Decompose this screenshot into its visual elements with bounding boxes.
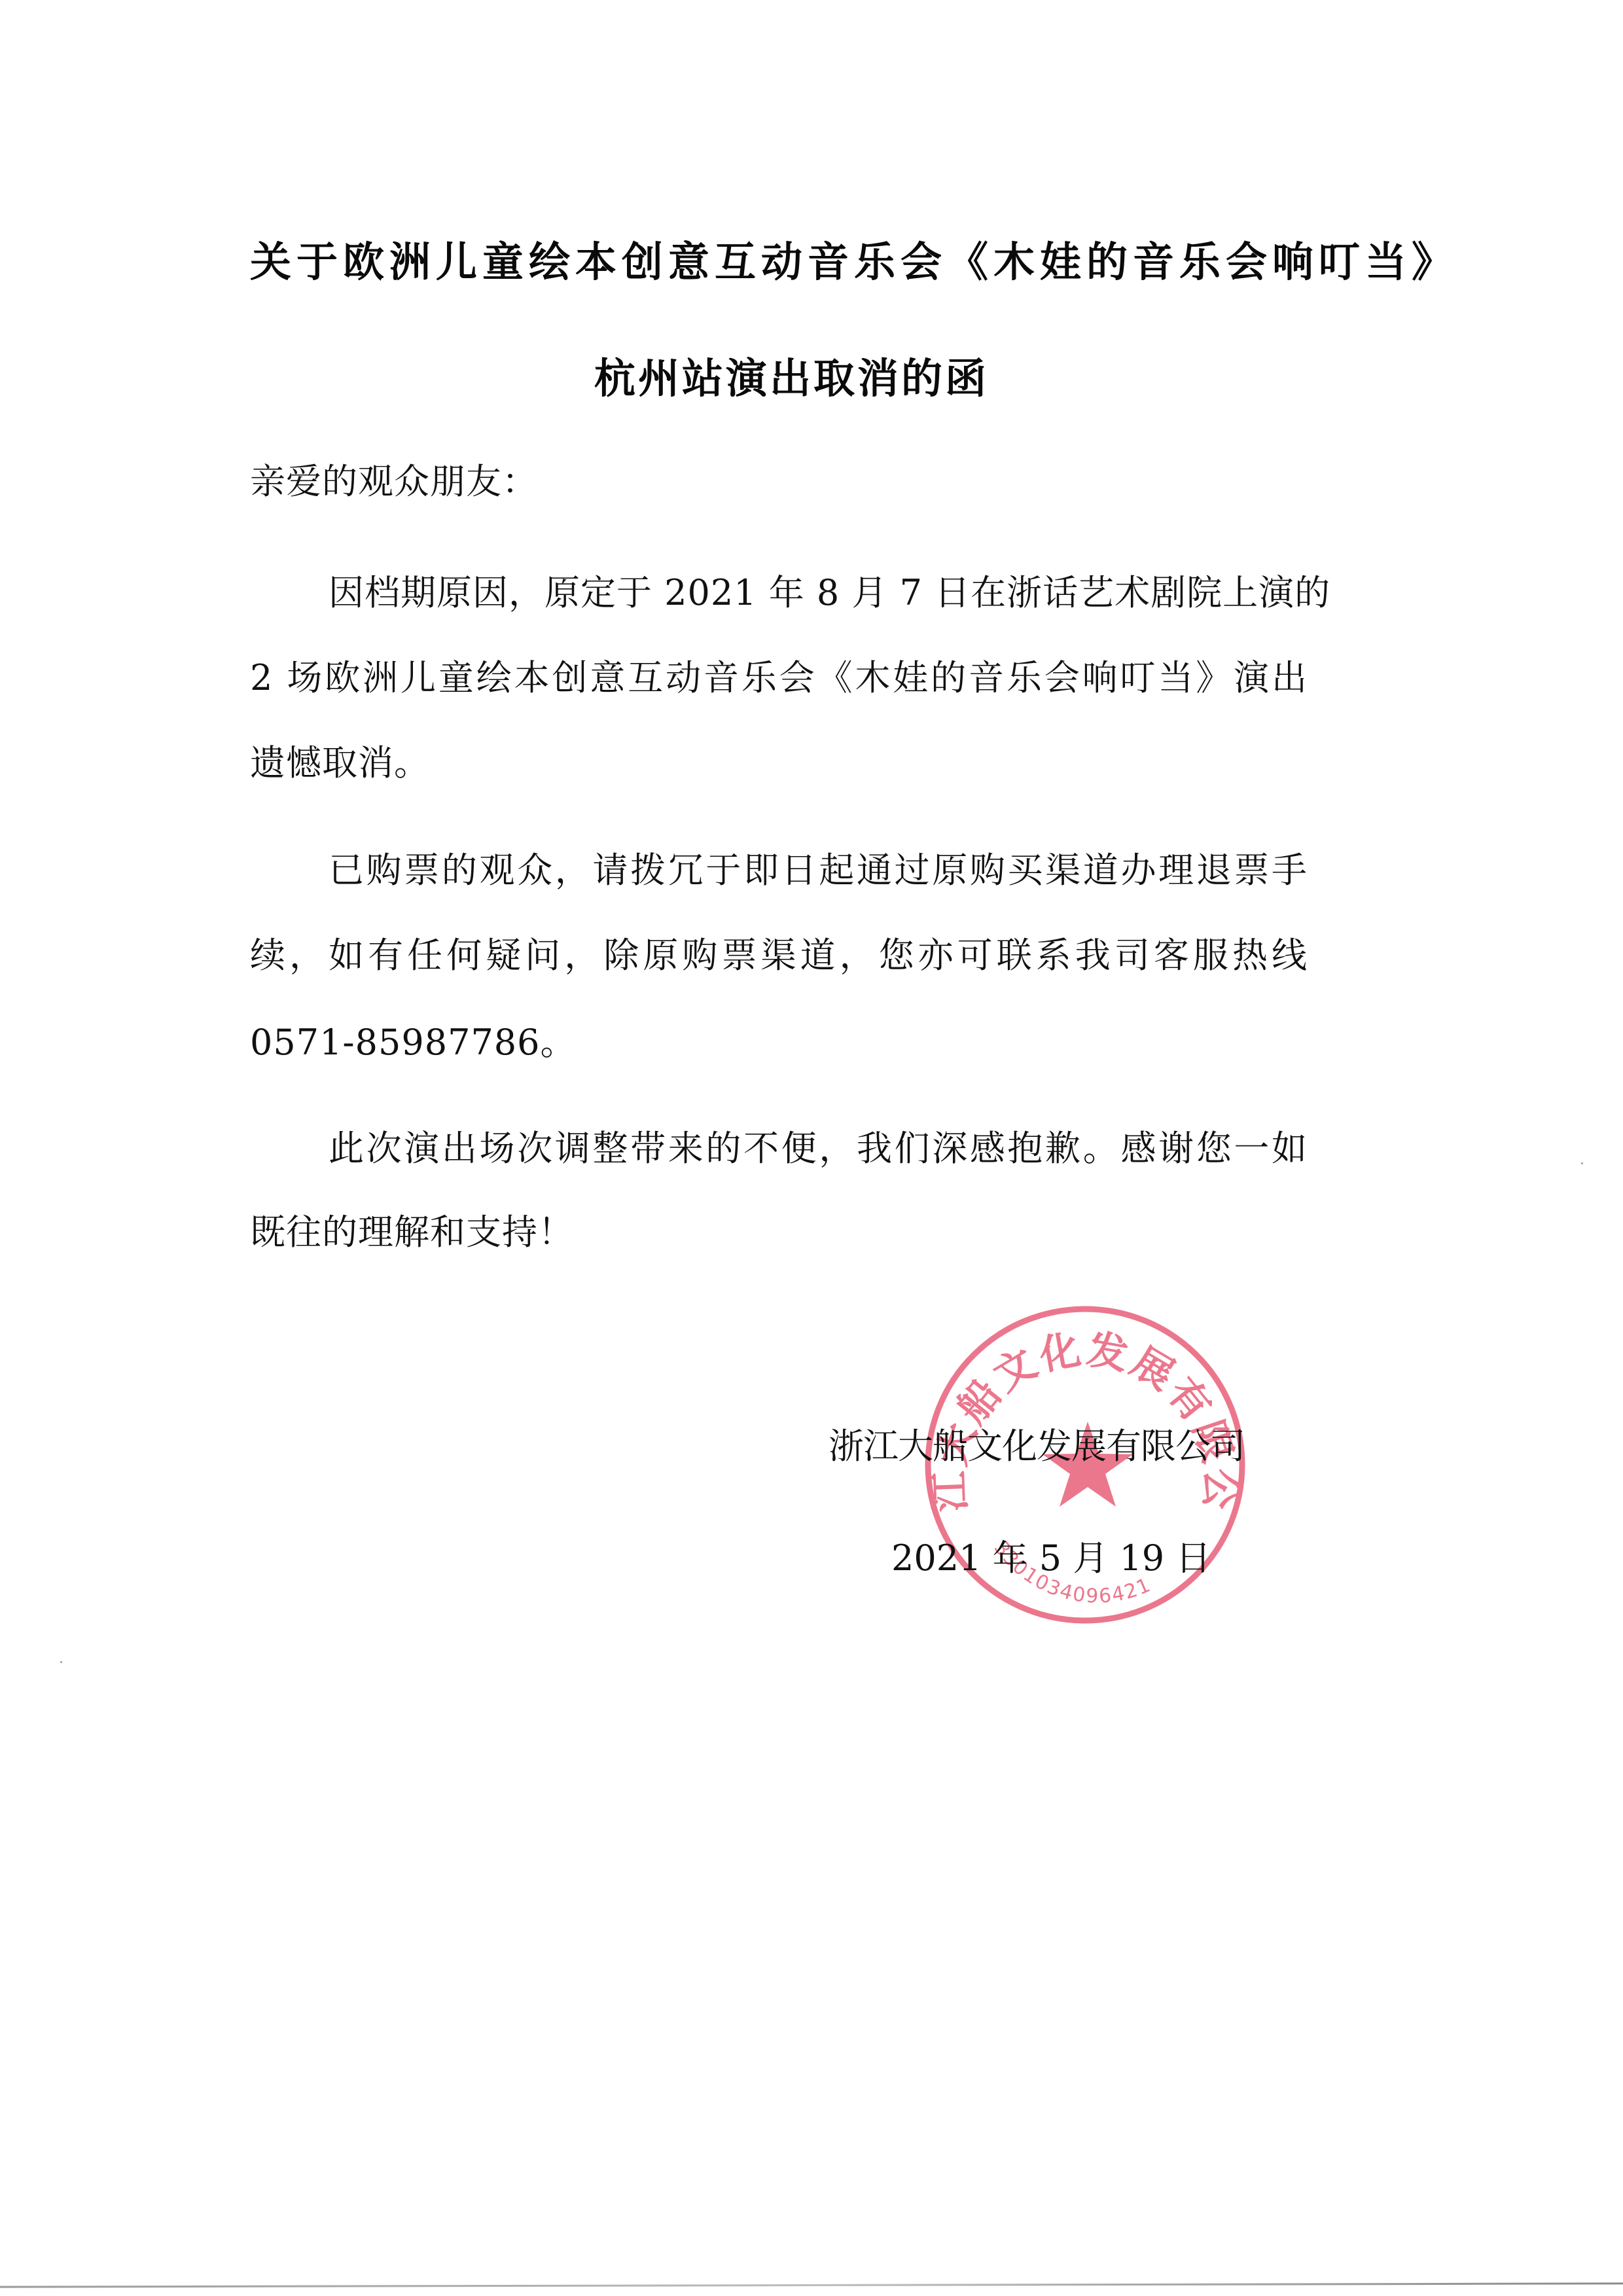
hotline-line: 0571-85987786。 [250,1023,577,1062]
scan-speck [60,1661,62,1663]
paragraph-line: 既往的理解和支持！ [250,1213,574,1252]
paragraph-line: 因档期原因，原定于 2021 年 8 月 7 日在浙话艺术剧院上演的 [329,573,1308,613]
signature-company: 浙江大船文化发展有限公司 [829,1427,1245,1466]
scan-edge-line [0,2282,1623,2287]
scan-speck [1581,1162,1583,1164]
signature-date: 2021 年 5 月 19 日 [891,1539,1211,1578]
document-title: 关于欧洲儿童绘本创意互动音乐会《木娃的音乐会响叮当》 [250,240,1291,285]
paragraph-line: 续，如有任何疑问，除原购票渠道，您亦可联系我司客服热线 [250,936,1308,975]
paragraph-line: 遗憾取消。 [250,744,430,783]
paragraph-line: 已购票的观众，请拨冗于即日起通过原购买渠道办理退票手 [329,851,1308,890]
paragraph-line: 2 场欧洲儿童绘本创意互动音乐会《木娃的音乐会响叮当》演出 [250,658,1308,698]
greeting: 亲爱的观众朋友： [250,462,538,501]
letter-page: 关于欧洲儿童绘本创意互动音乐会《木娃的音乐会响叮当》 杭州站演出取消的函 亲爱的… [0,0,1623,2296]
paragraph-line: 此次演出场次调整带来的不便，我们深感抱歉。感谢您一如 [329,1129,1308,1168]
document-subtitle: 杭州站演出取消的函 [594,356,962,402]
